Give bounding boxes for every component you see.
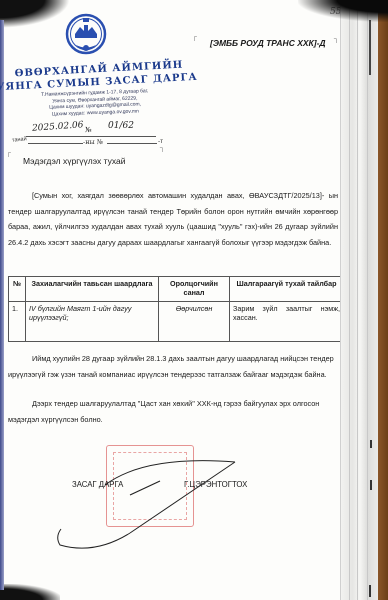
photo-shadow-bottom-left	[0, 584, 60, 600]
header-requirement: Захиалагчийн тавьсан шаардлага	[26, 277, 159, 302]
paragraph-text: [Сумын хог, хаягдал зөөвөрлөх автомашин …	[8, 191, 338, 247]
signature-icon	[55, 455, 245, 565]
header-bid: Оролцогчийн санал	[159, 277, 230, 302]
your-number-line	[107, 143, 157, 144]
page-edge-left	[0, 20, 4, 590]
corner-bracket: ┌	[192, 34, 197, 41]
of-number-label: -ны №	[83, 138, 103, 146]
reference-suffix: -т	[158, 138, 163, 145]
signatory-title: ЗАСАГ ДАРГА	[72, 480, 123, 489]
letter-number: 01/62	[108, 121, 134, 131]
cell-explanation: Зарим зүйл заалтыг нэмж, хассан.	[230, 302, 344, 342]
signatory-name: Г.ЦЭРЭНТОГТОХ	[184, 480, 247, 489]
paragraph-notice: [Сумын хог, хаягдал зөөвөрлөх автомашин …	[8, 188, 338, 250]
paragraph-rejection: Иймд хуулийн 28 дугаар зүйлийн 28.1.3 да…	[8, 351, 338, 382]
your-label: танай	[12, 136, 27, 144]
recipient: [ЭМББ РОУД ТРАНС ХХК]-Д	[210, 38, 326, 48]
org-address: Т.Наманжсүрэнгийн гудамж 1-17, 8 дугаар …	[20, 87, 171, 118]
corner-bracket: ┐	[334, 36, 339, 43]
header-explanation: Шалгараагүй тухай тайлбар	[230, 277, 344, 302]
paragraph-award: Дээрх тендер шалгаруулалтад "Цаст хан хө…	[8, 396, 338, 427]
number-label: №	[85, 126, 92, 134]
cell-requirement: IV бүлгийн Маягт 1-ийн дагуу ирүүлээгүй;	[26, 302, 159, 342]
photo-shadow-top-left	[0, 0, 70, 28]
corner-bracket: ┌	[6, 150, 11, 157]
table-surface	[378, 0, 388, 600]
photo-shadow-top-right	[298, 0, 388, 22]
table-header-row: № Захиалагчийн тавьсан шаардлага Оролцог…	[9, 277, 344, 302]
cell-bid: Өөрчилсөн	[159, 302, 230, 342]
paragraph-text: Дээрх тендер шалгаруулалтад "Цаст хан хө…	[8, 399, 319, 424]
corner-bracket: ┐	[160, 145, 165, 152]
cell-number: 1.	[9, 302, 26, 342]
document-page: ӨВӨРХАНГАЙ АЙМГИЙН УЯНГА СУМЫН ЗАСАГ ДАР…	[0, 0, 350, 600]
your-date-line	[28, 143, 83, 144]
page-stack-edge	[340, 0, 379, 600]
table-row: 1. IV бүлгийн Маягт 1-ийн дагуу ирүүлээг…	[9, 302, 344, 342]
state-emblem-icon	[62, 12, 110, 60]
subject-line: Мэдэгдэл хүргүүлэх тухай	[23, 156, 125, 166]
requirements-table: № Захиалагчийн тавьсан шаардлага Оролцог…	[8, 276, 344, 342]
header-number: №	[9, 277, 26, 302]
paragraph-text: Иймд хуулийн 28 дугаар зүйлийн 28.1.3 да…	[8, 354, 334, 379]
